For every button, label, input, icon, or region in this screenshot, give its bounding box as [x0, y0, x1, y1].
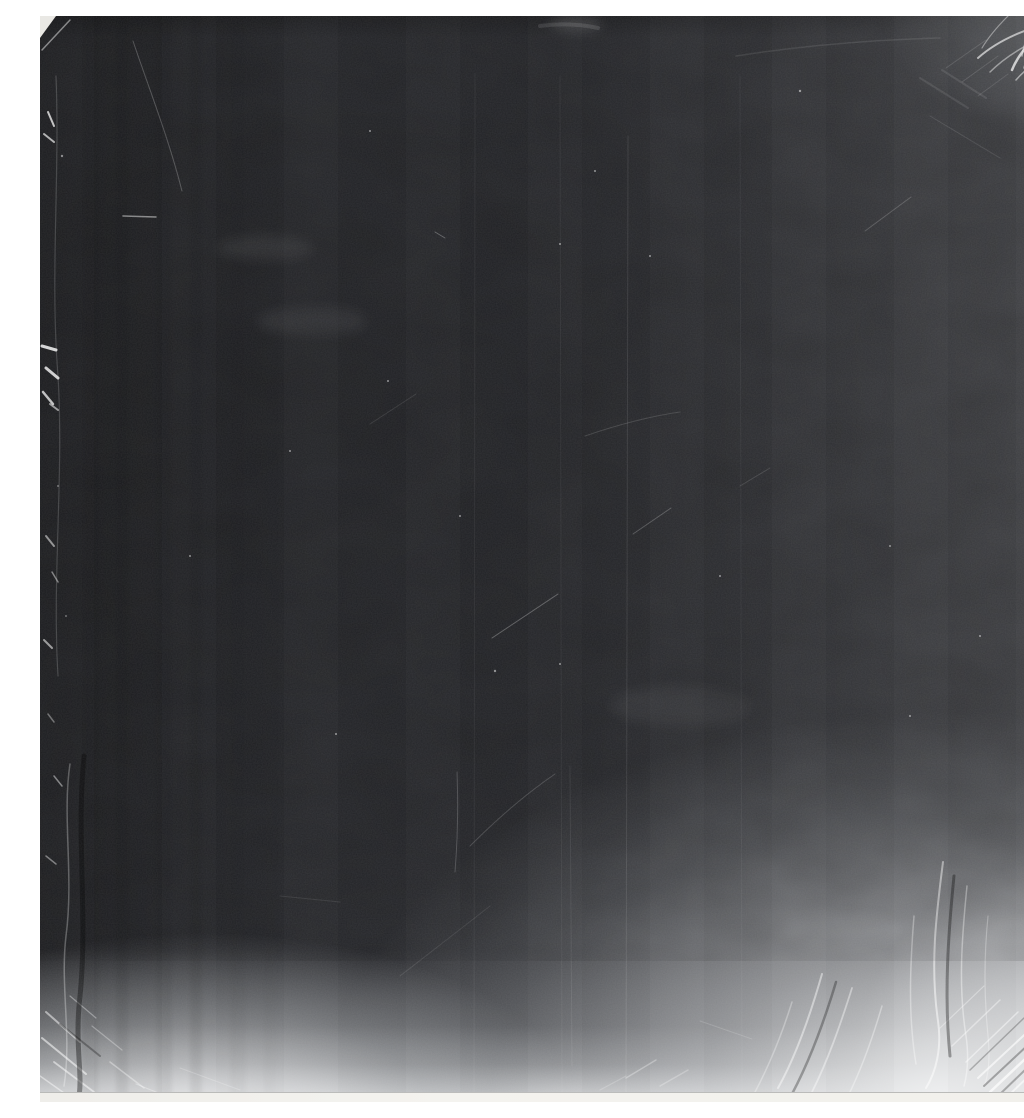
- album-shrinkwrap-scan: [40, 16, 1024, 1102]
- wrap-texture-overlay: [40, 16, 1024, 1102]
- film-grain-texture: [40, 16, 1024, 1102]
- scanner-edge-strip: [40, 1092, 1024, 1102]
